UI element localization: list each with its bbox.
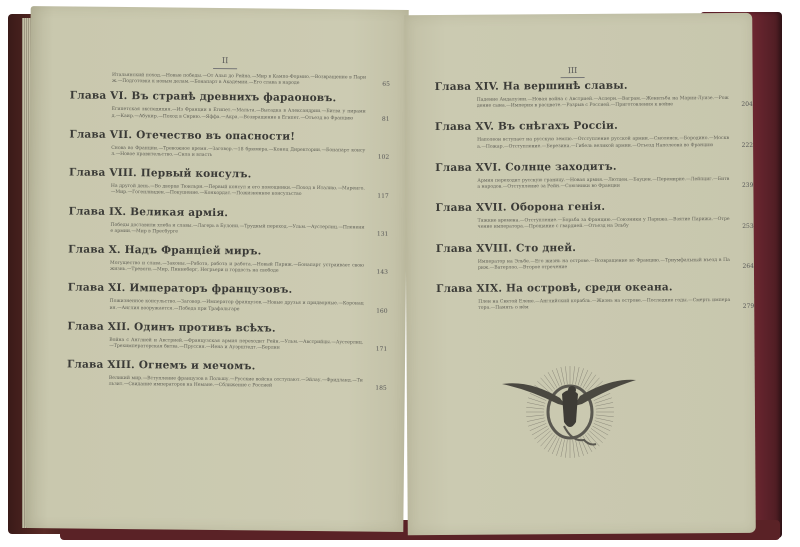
chapter-heading: Глава IX. Великая армія. xyxy=(69,205,389,220)
page-number: 143 xyxy=(376,269,388,276)
chapter-heading: Глава XI. Императоръ французовъ. xyxy=(68,282,388,297)
page-number: 204 xyxy=(741,101,753,108)
folio-right: III xyxy=(553,66,593,75)
chapter-title: Въ снѣгахъ Россіи. xyxy=(498,120,618,133)
chapter-label: Глава XIII. xyxy=(67,359,135,372)
chapter-summary: Снова во Франции.—Тревожное время.—Загов… xyxy=(111,146,365,161)
chapter-title: Великая армія. xyxy=(130,206,228,219)
toc-chapter: Глава XIII. Огнемъ и мечомъ.Великий мир.… xyxy=(67,359,387,392)
chapter-heading: Глава VI. Въ странѣ древнихъ фараоновъ. xyxy=(70,90,390,105)
chapter-summary: Итальянский поход.—Новые победы.—От Альп… xyxy=(112,73,366,88)
chapter-label: Глава XIX. xyxy=(436,283,502,295)
page-number: 239 xyxy=(742,182,754,189)
toc-chapter: Глава XVIII. Сто дней.Император на Эльбе… xyxy=(436,240,754,272)
toc-chapter: Глава XV. Въ снѣгахъ Россіи.Наполеон вст… xyxy=(435,119,753,151)
chapter-title: Оборона генія. xyxy=(511,201,606,214)
toc-chapter: Глава XI. Императоръ французовъ.Пожизнен… xyxy=(68,282,388,315)
chapter-heading: Глава X. Надъ Франціей миръ. xyxy=(68,243,388,258)
chapter-heading: Глава XIII. Огнемъ и мечомъ. xyxy=(67,359,387,374)
chapter-title: Сто дней. xyxy=(516,242,576,254)
page-number: 102 xyxy=(378,154,390,161)
chapter-label: Глава VIII. xyxy=(69,167,137,180)
chapter-heading: Глава XVII. Оборона генія. xyxy=(435,200,753,214)
page-number: 222 xyxy=(742,142,754,149)
chapter-summary: Тяжкие времена.—Отступление.—Борьба за Ф… xyxy=(478,217,730,231)
chapter-label: Глава XV. xyxy=(435,121,494,133)
chapter-title: Императоръ французовъ. xyxy=(129,283,292,297)
chapter-summary: Пожизненное консульство.—Заговор.—Импера… xyxy=(110,299,364,314)
page-number: 185 xyxy=(375,384,387,391)
page-number: 160 xyxy=(376,308,388,315)
chapter-label: Глава XVII. xyxy=(435,202,506,214)
toc-chapter: Глава XIX. На островѣ, среди океана.Плен… xyxy=(436,281,754,313)
toc-chapter: Глава VII. Отечество въ опасности!Снова … xyxy=(69,128,389,161)
page-number: 131 xyxy=(377,231,389,238)
chapter-label: Глава XVIII. xyxy=(436,242,512,255)
chapter-label: Глава IX. xyxy=(69,205,127,218)
toc-chapter: Глава X. Надъ Франціей миръ.Могущество и… xyxy=(68,243,388,276)
chapter-summary: Плен на Святой Елене.—Английский корабль… xyxy=(478,298,730,312)
chapter-heading: Глава XV. Въ снѣгахъ Россіи. xyxy=(435,119,753,133)
folio-rule xyxy=(561,77,585,78)
toc-chapter: Глава IX. Великая армія.Победы доставили… xyxy=(68,205,388,238)
chapter-title: Въ странѣ древнихъ фараоновъ. xyxy=(131,91,336,105)
chapter-summary: Наполеон вступает на русскую землю.—Отст… xyxy=(477,136,729,150)
page-number: 117 xyxy=(377,192,389,199)
chapter-title: На островѣ, среди океана. xyxy=(506,281,673,294)
chapter-label: Глава XVI. xyxy=(435,161,501,173)
toc-chapter: Глава XII. Одинъ противъ всѣхъ.Война с А… xyxy=(67,320,387,353)
toc-chapter: Глава XIV. На вершинѣ славы.Падение Анда… xyxy=(435,79,753,111)
chapter-summary: Армия переходит русскую границу.—Новая а… xyxy=(477,177,729,191)
toc-chapter: Глава XVII. Оборона генія.Тяжкие времена… xyxy=(435,200,753,232)
page-number: 253 xyxy=(742,222,754,229)
chapter-title: Надъ Франціей миръ. xyxy=(125,244,262,257)
chapter-label: Глава X. xyxy=(68,243,121,256)
chapter-title: Огнемъ и мечомъ. xyxy=(139,359,256,372)
toc-intro-fragment: Итальянский поход.—Новые победы.—От Альп… xyxy=(70,72,390,88)
toc-right: Глава XIV. На вершинѣ славы.Падение Анда… xyxy=(435,79,755,324)
folio-rule xyxy=(213,68,237,69)
chapter-heading: Глава XIX. На островѣ, среди океана. xyxy=(436,281,754,295)
page-number: 279 xyxy=(743,303,755,310)
chapter-label: Глава VII. xyxy=(69,128,132,141)
chapter-heading: Глава XVI. Солнце заходитъ. xyxy=(435,160,753,174)
toc-chapter: Глава VIII. Первый консулъ.На другой ден… xyxy=(69,167,389,200)
chapter-summary: Египетская экспедиция.—Из Франции в Егип… xyxy=(112,107,366,122)
chapter-summary: Война с Англией и Австрией.—Французская … xyxy=(109,338,363,353)
chapter-title: Первый консулъ. xyxy=(141,167,252,180)
toc-left: Итальянский поход.—Новые победы.—От Альп… xyxy=(67,72,390,400)
left-page: II Итальянский поход.—Новые победы.—От А… xyxy=(25,6,408,532)
chapter-summary: Великий мир.—Вступление французов в Поль… xyxy=(109,376,363,391)
chapter-summary: Император на Эльбе.—Его жизнь на острове… xyxy=(478,258,730,272)
chapter-title: Одинъ противъ всѣхъ. xyxy=(134,321,276,334)
chapter-label: Глава VI. xyxy=(70,90,128,103)
chapter-heading: Глава VII. Отечество въ опасности! xyxy=(69,128,389,143)
chapter-summary: На другой день.—Во дворце Тюильри.—Первы… xyxy=(111,184,365,199)
chapter-heading: Глава XVIII. Сто дней. xyxy=(436,240,754,254)
chapter-heading: Глава VIII. Первый консулъ. xyxy=(69,167,389,182)
page-number: 171 xyxy=(376,346,388,353)
folio-left: II xyxy=(205,56,245,65)
chapter-label: Глава XI. xyxy=(68,282,126,295)
toc-chapter: Глава VI. Въ странѣ древнихъ фараоновъ.Е… xyxy=(70,90,390,123)
chapter-title: На вершинѣ славы. xyxy=(503,80,628,93)
chapter-title: Солнце заходитъ. xyxy=(505,161,617,174)
chapter-summary: Победы доставили хлеба и славы.—Лагерь в… xyxy=(110,223,364,238)
chapter-label: Глава XII. xyxy=(67,320,130,333)
chapter-summary: Падение Андалузии.—Новая война с Австрие… xyxy=(477,96,729,110)
page-number: 65 xyxy=(382,81,390,88)
page-number: 81 xyxy=(382,116,390,123)
toc-chapter: Глава XVI. Солнце заходитъ.Армия переход… xyxy=(435,160,753,192)
chapter-title: Отечество въ опасности! xyxy=(136,129,295,143)
page-number: 264 xyxy=(742,263,754,270)
chapter-heading: Глава XIV. На вершинѣ славы. xyxy=(435,79,753,93)
chapter-heading: Глава XII. Одинъ противъ всѣхъ. xyxy=(67,320,387,335)
chapter-summary: Могущество и слава.—Законы.—Работа, рабо… xyxy=(110,261,364,276)
chapter-label: Глава XIV. xyxy=(435,81,499,93)
eagle-vignette xyxy=(500,360,640,480)
